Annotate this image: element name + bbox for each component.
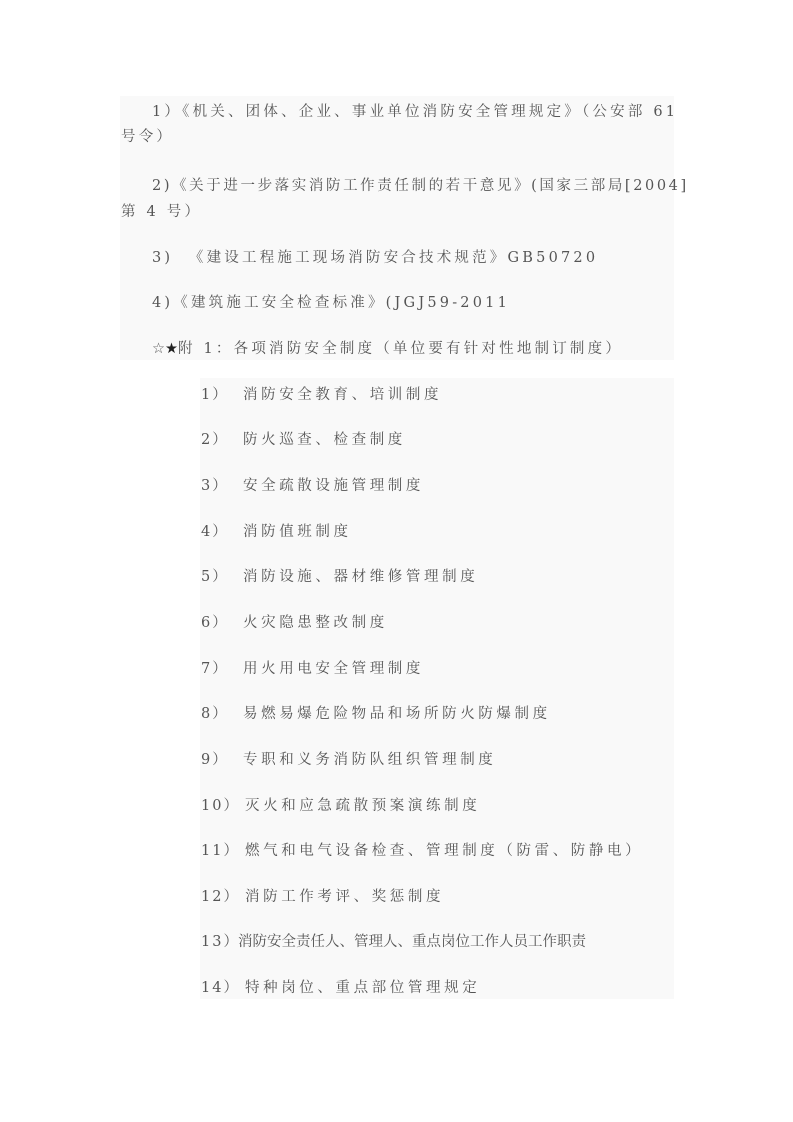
list-item-text: 用火用电安全管理制度 bbox=[243, 661, 424, 677]
reference-2-line-1: 2)《关于进一步落实消防工作责任制的若干意见》(国家三部局[2004] bbox=[152, 176, 689, 196]
list-item-number: 2） bbox=[201, 430, 243, 450]
list-item: 12）消防工作考评、奖惩制度 bbox=[201, 887, 444, 907]
list-item-number: 4） bbox=[201, 522, 243, 542]
list-item-text: 消防工作考评、奖惩制度 bbox=[245, 889, 444, 905]
list-item: 2）防火巡查、检查制度 bbox=[201, 430, 406, 450]
list-item-text: 安全疏散设施管理制度 bbox=[243, 478, 424, 494]
references-block bbox=[120, 96, 674, 360]
list-item-text: 特种岗位、重点部位管理规定 bbox=[245, 980, 480, 996]
list-item: 8）易燃易爆危险物品和场所防火防爆制度 bbox=[201, 704, 551, 724]
list-item-text: 专职和义务消防队组织管理制度 bbox=[243, 752, 496, 768]
list-item: 5）消防设施、器材维修管理制度 bbox=[201, 567, 478, 587]
list-item-number: 10） bbox=[201, 796, 245, 816]
reference-1-line-1: 1）《机关、团体、企业、事业单位消防安全管理规定》（公安部 61 bbox=[152, 102, 678, 122]
list-item: 10）灭火和应急疏散预案演练制度 bbox=[201, 796, 480, 816]
list-item-text: 消防安全教育、培训制度 bbox=[243, 387, 442, 403]
list-item-text: 消防安全责任人、管理人、重点岗位工作人员工作职责 bbox=[238, 934, 586, 950]
list-item-text: 防火巡查、检查制度 bbox=[243, 432, 406, 448]
list-item-number: 8） bbox=[201, 704, 243, 724]
list-item: 6）火灾隐患整改制度 bbox=[201, 613, 388, 633]
list-item: 14）特种岗位、重点部位管理规定 bbox=[201, 978, 480, 998]
list-item-text: 火灾隐患整改制度 bbox=[243, 615, 388, 631]
star-solid-icon: ★ bbox=[165, 341, 178, 357]
list-item-number: 9） bbox=[201, 750, 243, 770]
list-item-text: 消防值班制度 bbox=[243, 524, 352, 540]
star-outline-icon: ☆ bbox=[152, 341, 165, 357]
reference-1-line-2: 号令） bbox=[121, 127, 174, 147]
list-item-number: 1） bbox=[201, 385, 243, 405]
appendix-title: 附 1：各项消防安全制度（单位要有针对性地制订制度） bbox=[178, 341, 623, 357]
list-item: 1）消防安全教育、培训制度 bbox=[201, 385, 442, 405]
list-item-number: 6） bbox=[201, 613, 243, 633]
list-item-text: 消防设施、器材维修管理制度 bbox=[243, 569, 478, 585]
list-item: 7）用火用电安全管理制度 bbox=[201, 659, 424, 679]
reference-4: 4)《建筑施工安全检查标准》(JGJ59-2011 bbox=[152, 293, 510, 313]
list-item-number: 11） bbox=[201, 841, 245, 861]
list-item-number: 5） bbox=[201, 567, 243, 587]
list-item: 13）消防安全责任人、管理人、重点岗位工作人员工作职责 bbox=[201, 932, 586, 952]
list-item-text: 灭火和应急疏散预案演练制度 bbox=[245, 798, 480, 814]
list-item-text: 燃气和电气设备检查、管理制度（防雷、防静电） bbox=[245, 843, 643, 859]
reference-2-line-2: 第 4 号） bbox=[121, 202, 202, 222]
reference-3: 3) 《建设工程施工现场消防安合技术规范》GB50720 bbox=[152, 248, 598, 268]
appendix-heading: ☆★附 1：各项消防安全制度（单位要有针对性地制订制度） bbox=[152, 339, 623, 359]
list-item: 3）安全疏散设施管理制度 bbox=[201, 476, 424, 496]
list-item: 4）消防值班制度 bbox=[201, 522, 352, 542]
list-item-number: 7） bbox=[201, 659, 243, 679]
list-item-number: 13） bbox=[201, 932, 238, 952]
list-item-number: 3） bbox=[201, 476, 243, 496]
list-item-number: 12） bbox=[201, 887, 245, 907]
list-item-text: 易燃易爆危险物品和场所防火防爆制度 bbox=[243, 706, 551, 722]
list-item-number: 14） bbox=[201, 978, 245, 998]
list-item: 9）专职和义务消防队组织管理制度 bbox=[201, 750, 496, 770]
list-item: 11）燃气和电气设备检查、管理制度（防雷、防静电） bbox=[201, 841, 643, 861]
